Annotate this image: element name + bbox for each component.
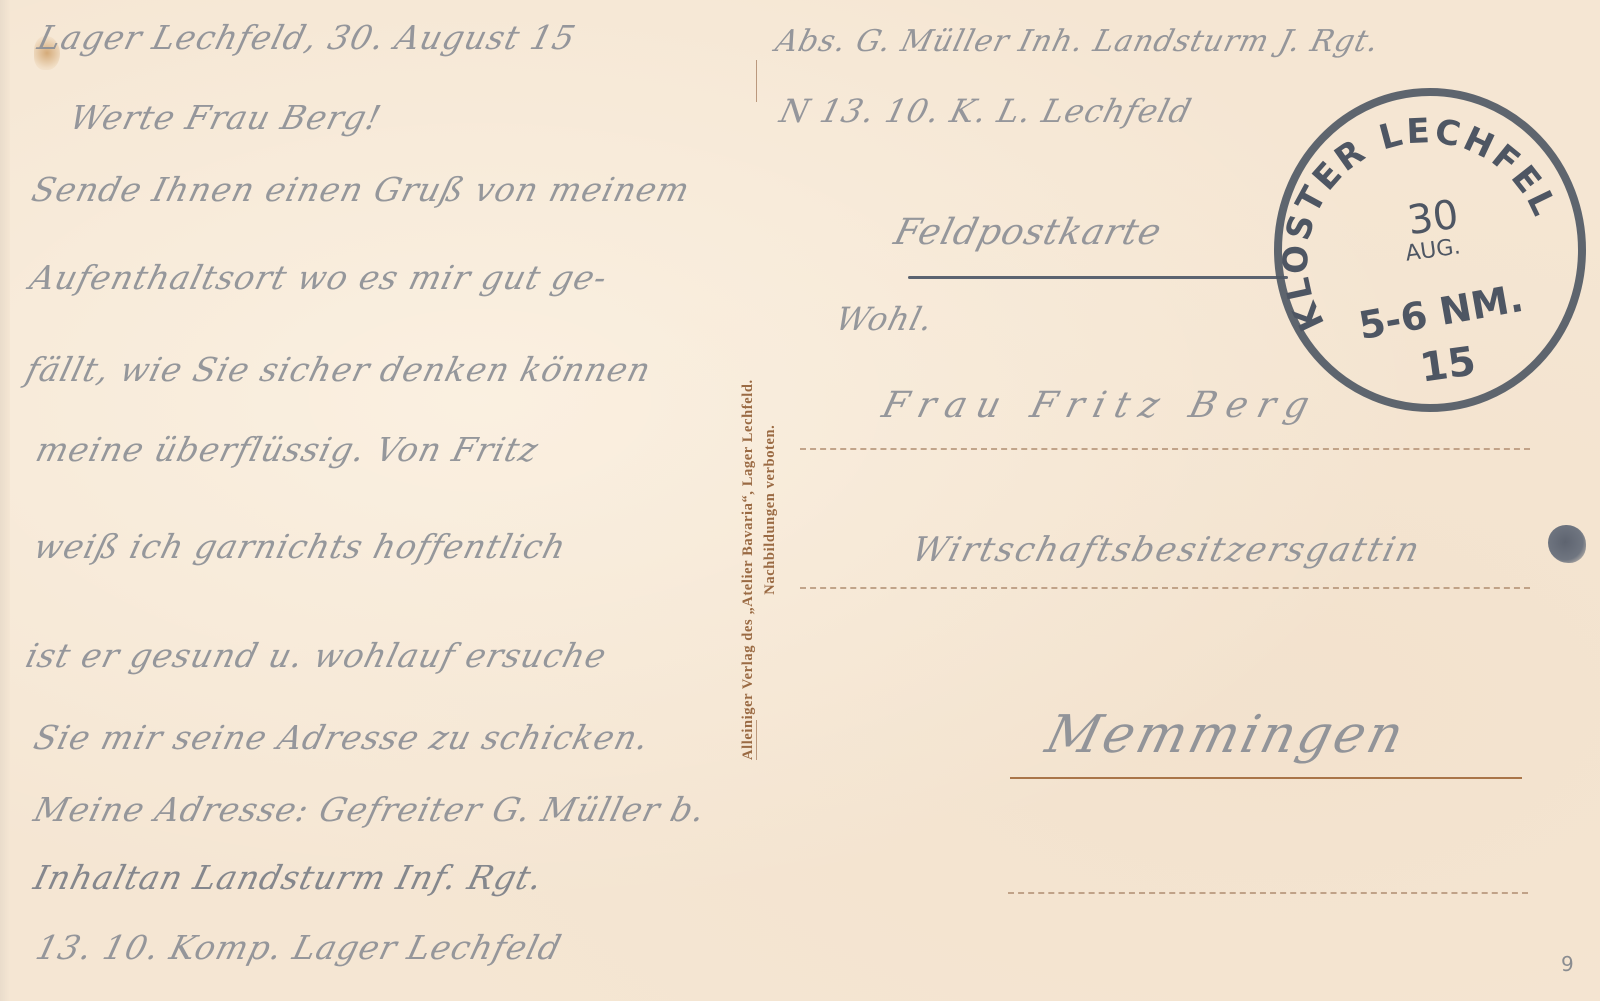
postmark-year: 15 (1417, 338, 1479, 391)
address-line-3 (1010, 777, 1522, 779)
service-note: Feldpostkarte (890, 212, 1166, 253)
publisher-imprint: Alleiniger Verlag des „Atelier Bavaria“,… (737, 379, 781, 760)
address-line-1 (800, 448, 1530, 450)
ink-blot (1548, 525, 1586, 563)
message-line: Aufenthaltsort wo es mir gut ge- (26, 258, 612, 297)
address-line-4 (1008, 892, 1528, 894)
message-line: fällt, wie Sie sicher denken können (22, 350, 655, 389)
message-salutation: Werte Frau Berg! (66, 98, 386, 137)
corner-mark: 9 (1561, 952, 1574, 976)
service-note-underline (908, 276, 1288, 279)
sender-line-1: Abs. G. Müller Inh. Landsturm J. Rgt. (772, 24, 1383, 59)
message-line: weiß ich garnichts hoffentlich (30, 527, 571, 566)
sender-line-2: N 13. 10. K. L. Lechfeld (776, 92, 1196, 130)
message-line: Inhaltan Landsturm Inf. Rgt. (30, 858, 547, 897)
message-dateline: Lager Lechfeld, 30. August 15 (34, 18, 580, 57)
address-recipient: Frau Fritz Berg (878, 385, 1323, 426)
card-edge (0, 0, 10, 1001)
postcard-back: Lager Lechfeld, 30. August 15 Werte Frau… (0, 0, 1600, 1001)
postmark-date: 30 AUG. (1378, 198, 1488, 262)
message-line: ist er gesund u. wohlauf ersuche (22, 636, 611, 675)
address-line-2 (800, 587, 1530, 589)
message-line: meine überflüssig. Von Fritz (32, 430, 543, 469)
postmark-stamp: KLOSTER LECHFELD 30 AUG. 5-6 NM. 15 (1270, 80, 1588, 416)
message-line: Sende Ihnen einen Gruß von meinem (28, 170, 694, 209)
imprint-line-2: Nachbildungen verboten. (759, 379, 781, 760)
imprint-line-1: Alleiniger Verlag des „Atelier Bavaria“,… (740, 379, 756, 760)
message-line: 13. 10. Komp. Lager Lechfeld (32, 928, 566, 967)
address-city: Memmingen (1040, 705, 1412, 765)
message-line: Sie mir seine Adresse zu schicken. (30, 718, 654, 757)
address-mode: Wohl. (832, 300, 937, 338)
address-occupation: Wirtschaftsbesitzersgattin (908, 530, 1425, 570)
message-line: Meine Adresse: Gefreiter G. Müller b. (30, 790, 710, 829)
